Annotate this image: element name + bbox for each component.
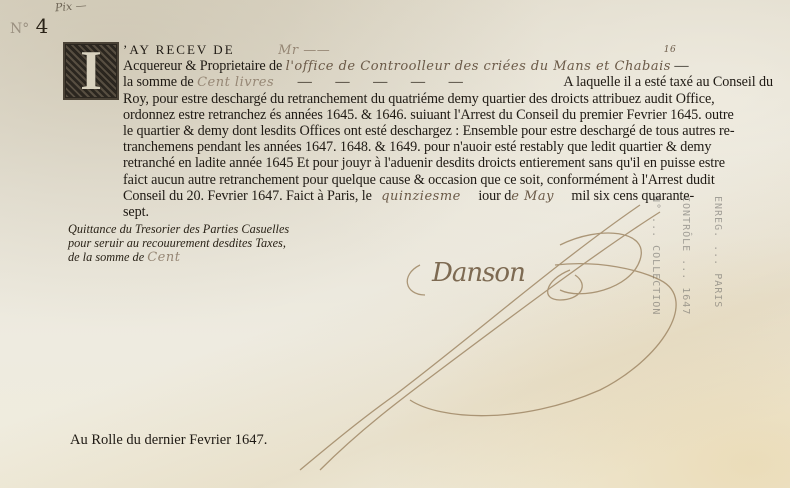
stamp-text: CONTRÔLE ... 1647	[680, 196, 691, 315]
faint-stamp-impression: N° ... COLLECTION CONTRÔLE ... 1647 ENRE…	[640, 196, 750, 386]
stamp-text: ENREG. ... PARIS	[712, 196, 723, 308]
signature: Danson	[432, 258, 525, 288]
stamp-text: N° ... COLLECTION	[650, 196, 661, 315]
rolle-footer: Au Rolle du dernier Fevrier 1647.	[70, 432, 267, 449]
